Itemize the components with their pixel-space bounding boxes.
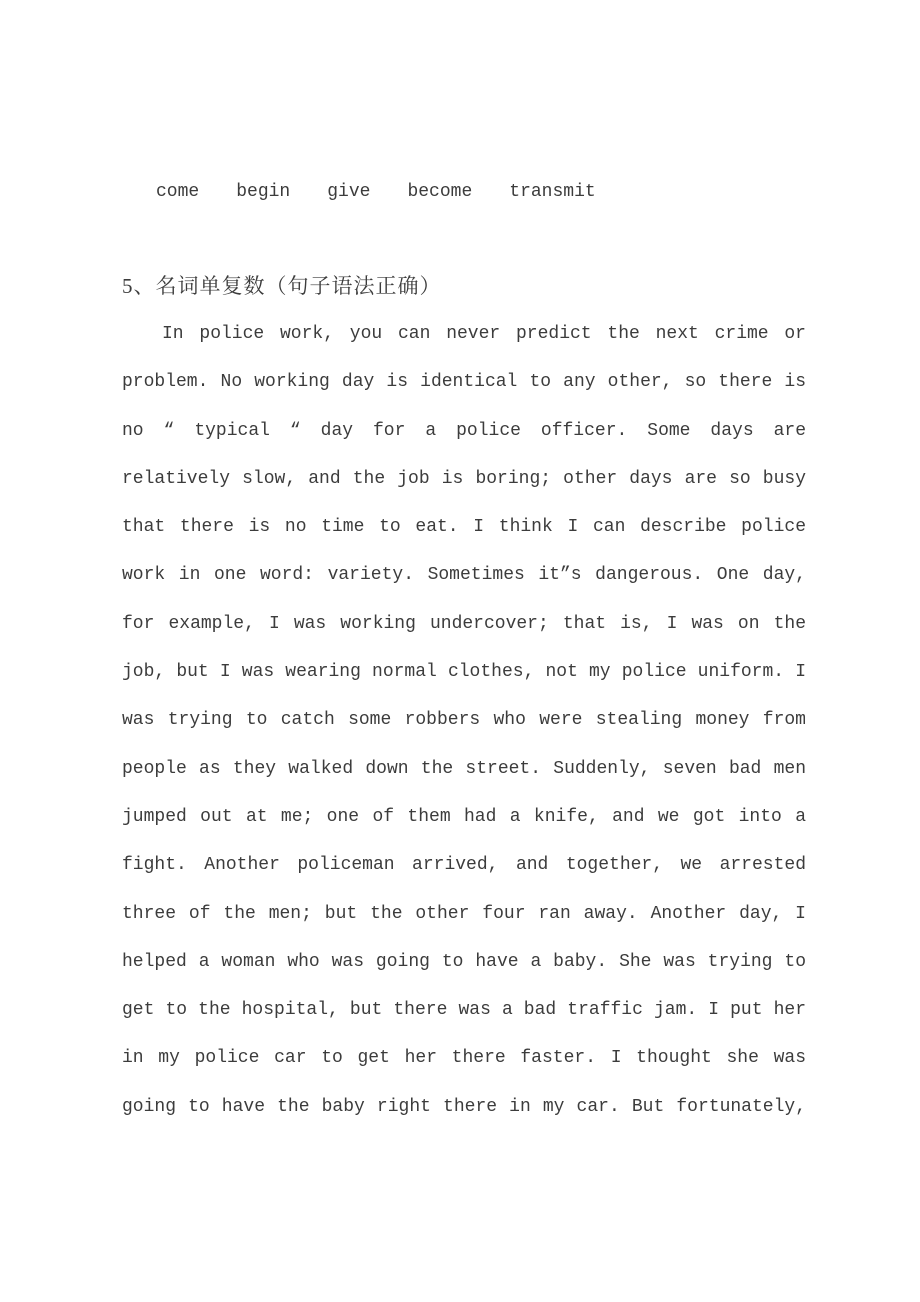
word-bank-row: comebegingivebecometransmit <box>122 168 806 216</box>
passage-line: helped a woman who was going to have a b… <box>122 938 806 986</box>
passage-line: was trying to catch some robbers who wer… <box>122 696 806 744</box>
passage-line: for example, I was working undercover; t… <box>122 600 806 648</box>
passage-line: in my police car to get her there faster… <box>122 1034 806 1082</box>
page-content: comebegingivebecometransmit 5、名词单复数（句子语法… <box>0 168 920 1131</box>
passage-line: going to have the baby right there in my… <box>122 1083 806 1131</box>
word-bank-item: become <box>407 168 472 216</box>
passage-paragraph: In police work, you can never predict th… <box>122 310 806 1131</box>
word-bank-item: give <box>327 168 370 216</box>
passage-line: people as they walked down the street. S… <box>122 745 806 793</box>
passage-line: no “ typical “ day for a police officer.… <box>122 407 806 455</box>
passage-line: that there is no time to eat. I think I … <box>122 503 806 551</box>
passage-line: job, but I was wearing normal clothes, n… <box>122 648 806 696</box>
passage-line: fight. Another policeman arrived, and to… <box>122 841 806 889</box>
passage-line: work in one word: variety. Sometimes it”… <box>122 551 806 599</box>
passage-line: three of the men; but the other four ran… <box>122 890 806 938</box>
passage-line: get to the hospital, but there was a bad… <box>122 986 806 1034</box>
document-page: comebegingivebecometransmit 5、名词单复数（句子语法… <box>0 0 920 1302</box>
passage-line: relatively slow, and the job is boring; … <box>122 455 806 503</box>
passage-line: problem. No working day is identical to … <box>122 358 806 406</box>
passage-line: In police work, you can never predict th… <box>122 310 806 358</box>
word-bank-item: begin <box>236 168 290 216</box>
word-bank-item: come <box>156 168 199 216</box>
passage-line: jumped out at me; one of them had a knif… <box>122 793 806 841</box>
section-heading: 5、名词单复数（句子语法正确） <box>122 262 806 310</box>
word-bank-item: transmit <box>509 168 595 216</box>
